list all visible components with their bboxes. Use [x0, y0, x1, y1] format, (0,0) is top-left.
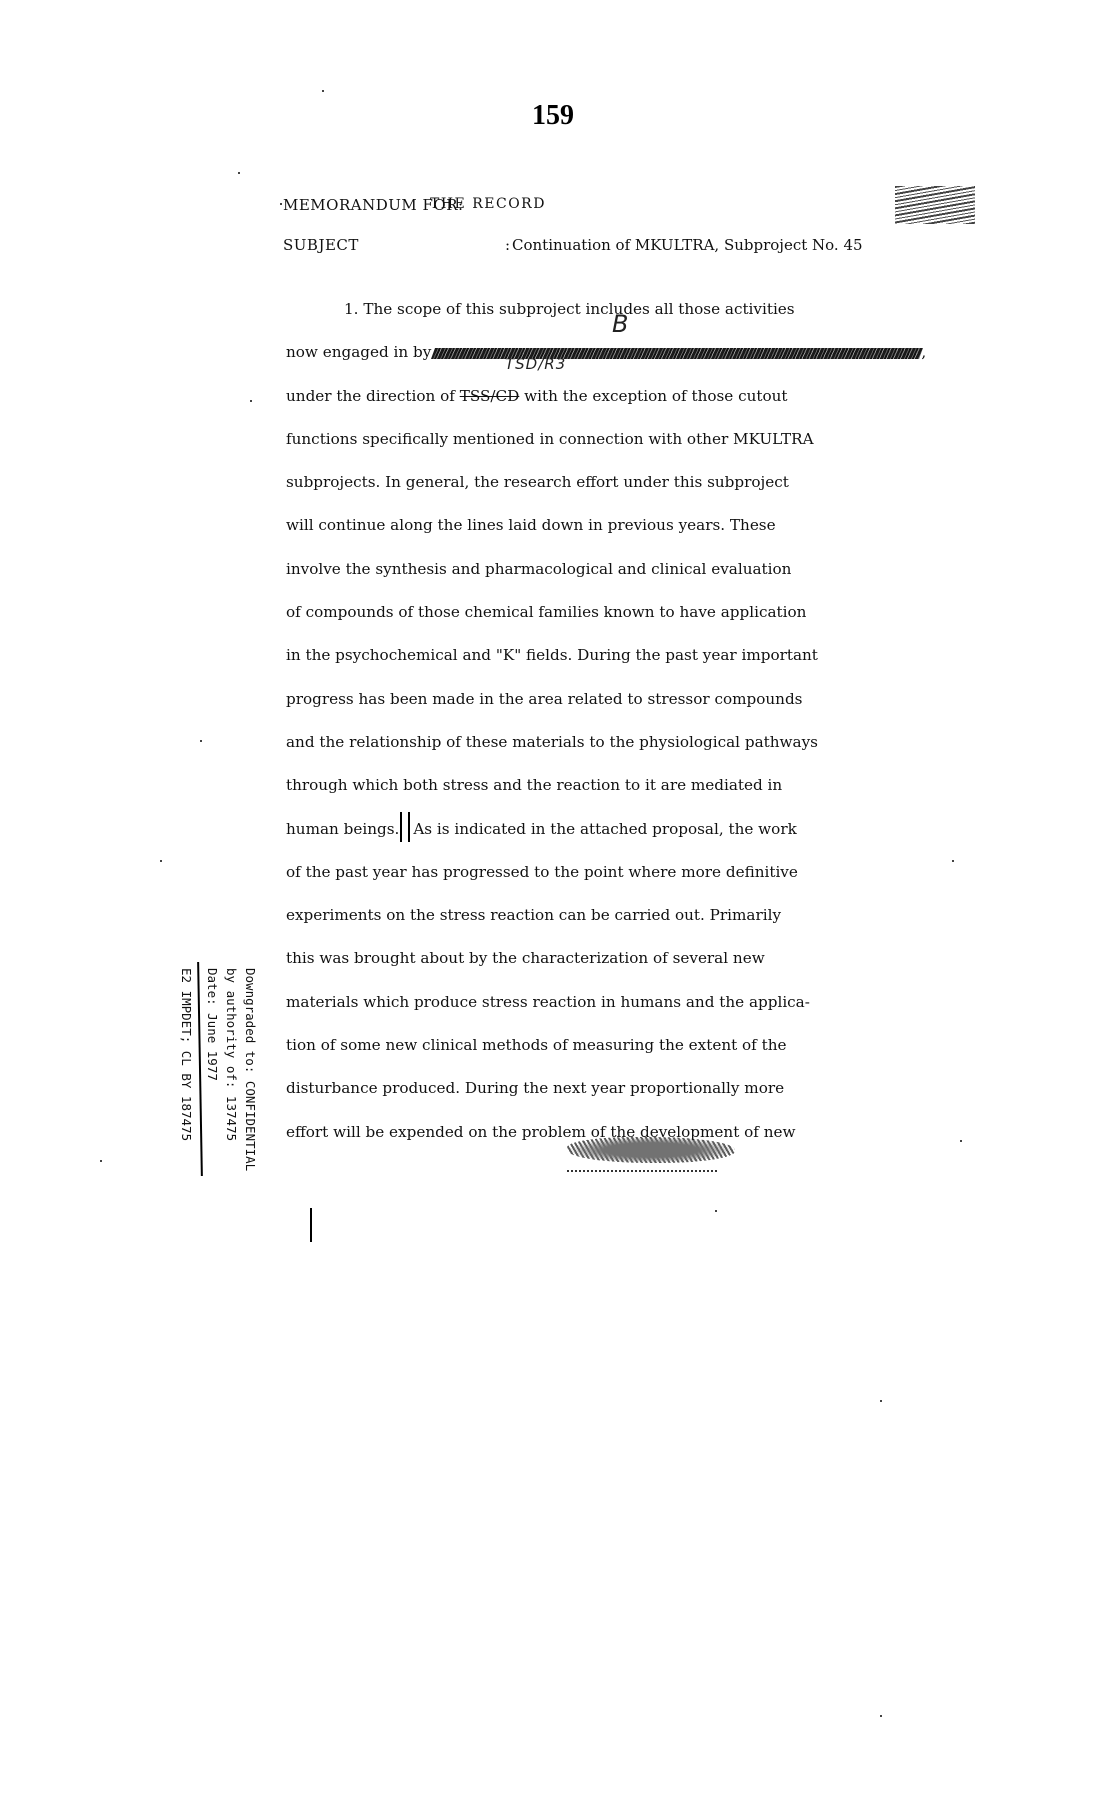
body-text: now engaged in by [286, 343, 431, 361]
body-line: disturbance produced. During the next ye… [286, 1067, 986, 1110]
body-line: now engaged in by, [286, 331, 986, 374]
scan-speck [880, 1715, 882, 1717]
scan-speck [880, 1400, 882, 1402]
body-line: human beings.As is indicated in the atta… [286, 808, 986, 851]
body-line: in the psychochemical and "K" fields. Du… [286, 634, 986, 677]
body-line: materials which produce stress reaction … [286, 981, 986, 1024]
page-number: 159 [532, 100, 574, 132]
body-text: human beings. [286, 820, 399, 838]
scan-speck [250, 400, 252, 402]
body-line: of the past year has progressed to the p… [286, 851, 986, 894]
body-line: 1. The scope of this subproject includes… [286, 288, 986, 331]
scan-speck [322, 90, 324, 92]
scan-speck [960, 1140, 962, 1142]
scan-speck [238, 172, 240, 174]
body-line: of compounds of those chemical families … [286, 591, 986, 634]
body-text: under the direction of [286, 387, 460, 405]
body-line: functions specifically mentioned in conn… [286, 418, 986, 461]
memo-for-value: THE RECORD [430, 196, 546, 212]
body-line: and the relationship of these materials … [286, 721, 986, 764]
body-line: involve the synthesis and pharmacologica… [286, 548, 986, 591]
body-line: subprojects. In general, the research ef… [286, 461, 986, 504]
subject-colon: : [505, 236, 510, 254]
scan-speck [160, 860, 162, 862]
scan-speck [715, 1210, 717, 1212]
body-text: , [921, 343, 926, 361]
body-text: with the exception of those cutout [519, 387, 787, 405]
scan-speck [200, 740, 202, 742]
scan-speck [952, 860, 954, 862]
memo-body: 1. The scope of this subproject includes… [286, 288, 986, 1154]
stamp-line: E2 IMPDET; CL BY 187475 [177, 968, 196, 1194]
redaction-classification-marking [895, 186, 975, 224]
body-text: As is indicated in the attached proposal… [413, 820, 796, 838]
scan-speck [280, 203, 282, 205]
struck-text: TSS/CD [460, 387, 520, 405]
subject-label: SUBJECT [283, 236, 359, 254]
scan-speck [100, 1160, 102, 1162]
stamp-rule [197, 962, 203, 1176]
body-line: under the direction of TSS/CD with the e… [286, 375, 986, 418]
body-line: through which both stress and the reacti… [286, 764, 986, 807]
redacted-stamp-underline [567, 1160, 717, 1172]
body-line: experiments on the stress reaction can b… [286, 894, 986, 937]
stamp-line: Downgraded to: CONFIDENTIAL [241, 968, 260, 1194]
body-line: will continue along the lines laid down … [286, 504, 986, 547]
stamp-line: Date: June 1977 [203, 968, 222, 1194]
body-line: this was brought about by the characteri… [286, 937, 986, 980]
declassification-stamp: Downgraded to: CONFIDENTIAL by authority… [140, 968, 260, 1194]
redaction-bar [431, 348, 923, 359]
body-line: tion of some new clinical methods of mea… [286, 1024, 986, 1067]
paragraph-mark [400, 812, 410, 842]
stamp-line: by authority of: 137475 [222, 968, 241, 1194]
subject-value: Continuation of MKULTRA, Subproject No. … [512, 236, 863, 254]
body-line: progress has been made in the area relat… [286, 678, 986, 721]
margin-mark [310, 1208, 312, 1242]
